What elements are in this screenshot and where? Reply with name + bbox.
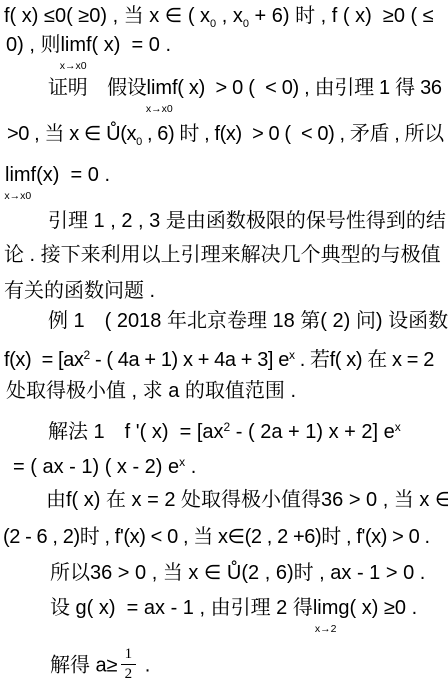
limit-word: lim	[5, 164, 31, 186]
limit-word: lim	[60, 34, 86, 56]
text-run: , 6) 时 , f(x) > 0 ( < 0) , 矛盾 , 所以	[142, 123, 444, 145]
text-line-3: 证明 假设limx→x0f( x) > 0 ( < 0) , 由引理 1 得 3…	[48, 76, 442, 100]
text-line-13: = ( ax - 1) ( x - 2) ex .	[13, 450, 196, 479]
text-run: , x	[216, 5, 243, 27]
text-line-5: limx→x0f(x) = 0 .	[5, 163, 110, 187]
limit-subscript: x→x0	[4, 184, 31, 208]
text-run: .	[185, 456, 196, 478]
text-run: + 6) 时 , f ( x) ≥0 ( ≤	[249, 5, 434, 27]
text-run: f(x) = [ax	[4, 349, 84, 371]
text-run: 所以36 > 0 , 当 x ∈ Ů(2 , 6)时 , ax - 1 > 0 …	[50, 562, 425, 584]
text-line-12: 解法 1 f '( x) = [ax2 - ( 2a + 1) x + 2] e…	[48, 415, 401, 444]
text-run: f( x) = 0 .	[86, 34, 171, 56]
text-line-8: 有关的函数问题 .	[4, 279, 155, 303]
text-run: 解法 1 f '( x) = [ax	[48, 421, 224, 443]
text-line-11: 处取得极小值 , 求 a 的取值范围 .	[6, 379, 296, 403]
text-line-9: 例 1 ( 2018 年北京卷理 18 第( 2) 问) 设函数	[48, 309, 448, 333]
limit-subscript: x→2	[315, 617, 337, 641]
text-line-17: 设 g( x) = ax - 1 , 由引理 2 得limx→2g( x) ≥0…	[50, 596, 417, 620]
text-run: f( x) ≤0( ≥0) , 当 x ∈ ( x	[4, 5, 210, 27]
text-run: g( x) ≥0 .	[338, 597, 417, 619]
text-line-15: (2 - 6 , 2)时 , f'(x) < 0 , 当 x∈(2 , 2 +6…	[3, 525, 430, 549]
text-run: 论 . 接下来利用以上引理来解决几个典型的与极值	[4, 244, 441, 266]
text-line-18: 解得 a≥12 .	[50, 646, 150, 681]
text-run: 证明 假设	[48, 77, 147, 99]
fraction-numerator: 1	[121, 646, 137, 665]
fraction: 12	[121, 646, 137, 681]
text-run: >0 , 当 x ∈ Ů(x	[7, 123, 136, 145]
text-run: 有关的函数问题 .	[4, 280, 155, 302]
text-run: 处取得极小值 , 求 a 的取值范围 .	[6, 380, 296, 402]
text-run: 引理 1 , 2 , 3 是由函数极限的保号性得到的结	[48, 210, 446, 232]
limit-expression: limx→x0	[60, 33, 86, 57]
text-line-6: 引理 1 , 2 , 3 是由函数极限的保号性得到的结	[48, 209, 446, 233]
limit-word: lim	[313, 597, 339, 619]
text-line-14: 由f( x) 在 x = 2 处取得极小值得36 > 0 , 当 x ∈	[46, 488, 448, 512]
text-run: 解得 a≥	[50, 654, 118, 676]
limit-word: lim	[147, 77, 173, 99]
text-run: = ( ax - 1) ( x - 2) e	[13, 456, 179, 478]
limit-expression: limx→2	[313, 596, 339, 620]
text-line-1: f( x) ≤0( ≥0) , 当 x ∈ ( x0 , x0 + 6) 时 ,…	[4, 4, 434, 36]
text-run: (2 - 6 , 2)时 , f'(x) < 0 , 当 x∈(2 , 2 +6…	[3, 526, 430, 548]
fraction-denominator: 2	[121, 665, 137, 681]
limit-subscript: x→x0	[146, 97, 173, 121]
text-run: 由f( x) 在 x = 2 处取得极小值得36 > 0 , 当 x ∈	[46, 489, 448, 511]
document-page: f( x) ≤0( ≥0) , 当 x ∈ ( x0 , x0 + 6) 时 ,…	[0, 0, 448, 681]
text-run: 设 g( x) = ax - 1 , 由引理 2 得	[50, 597, 313, 619]
text-run: . 若f( x) 在 x = 2	[295, 349, 434, 371]
text-run: f( x) > 0 ( < 0) , 由引理 1 得 36	[172, 77, 442, 99]
text-line-4: >0 , 当 x ∈ Ů(x0 , 6) 时 , f(x) > 0 ( < 0)…	[7, 122, 444, 154]
text-line-16: 所以36 > 0 , 当 x ∈ Ů(2 , 6)时 , ax - 1 > 0 …	[50, 561, 425, 585]
limit-subscript: x→x0	[60, 54, 87, 78]
text-line-10: f(x) = [ax2 - ( 4a + 1) x + 4a + 3] ex .…	[4, 343, 434, 372]
text-line-7: 论 . 接下来利用以上引理来解决几个典型的与极值	[4, 243, 441, 267]
text-line-2: 0) , 则limx→x0f( x) = 0 .	[6, 33, 171, 57]
text-run: 0) , 则	[6, 34, 60, 56]
text-run: f(x) = 0 .	[31, 164, 110, 186]
limit-expression: limx→x0	[5, 163, 31, 187]
text-run: .	[139, 654, 150, 676]
text-run: - ( 2a + 1) x + 2] e	[230, 421, 395, 443]
text-run: 例 1 ( 2018 年北京卷理 18 第( 2) 问) 设函数	[48, 310, 448, 332]
limit-expression: limx→x0	[147, 76, 173, 100]
text-run: - ( 4a + 1) x + 4a + 3] e	[90, 349, 289, 371]
superscript: x	[395, 420, 401, 434]
